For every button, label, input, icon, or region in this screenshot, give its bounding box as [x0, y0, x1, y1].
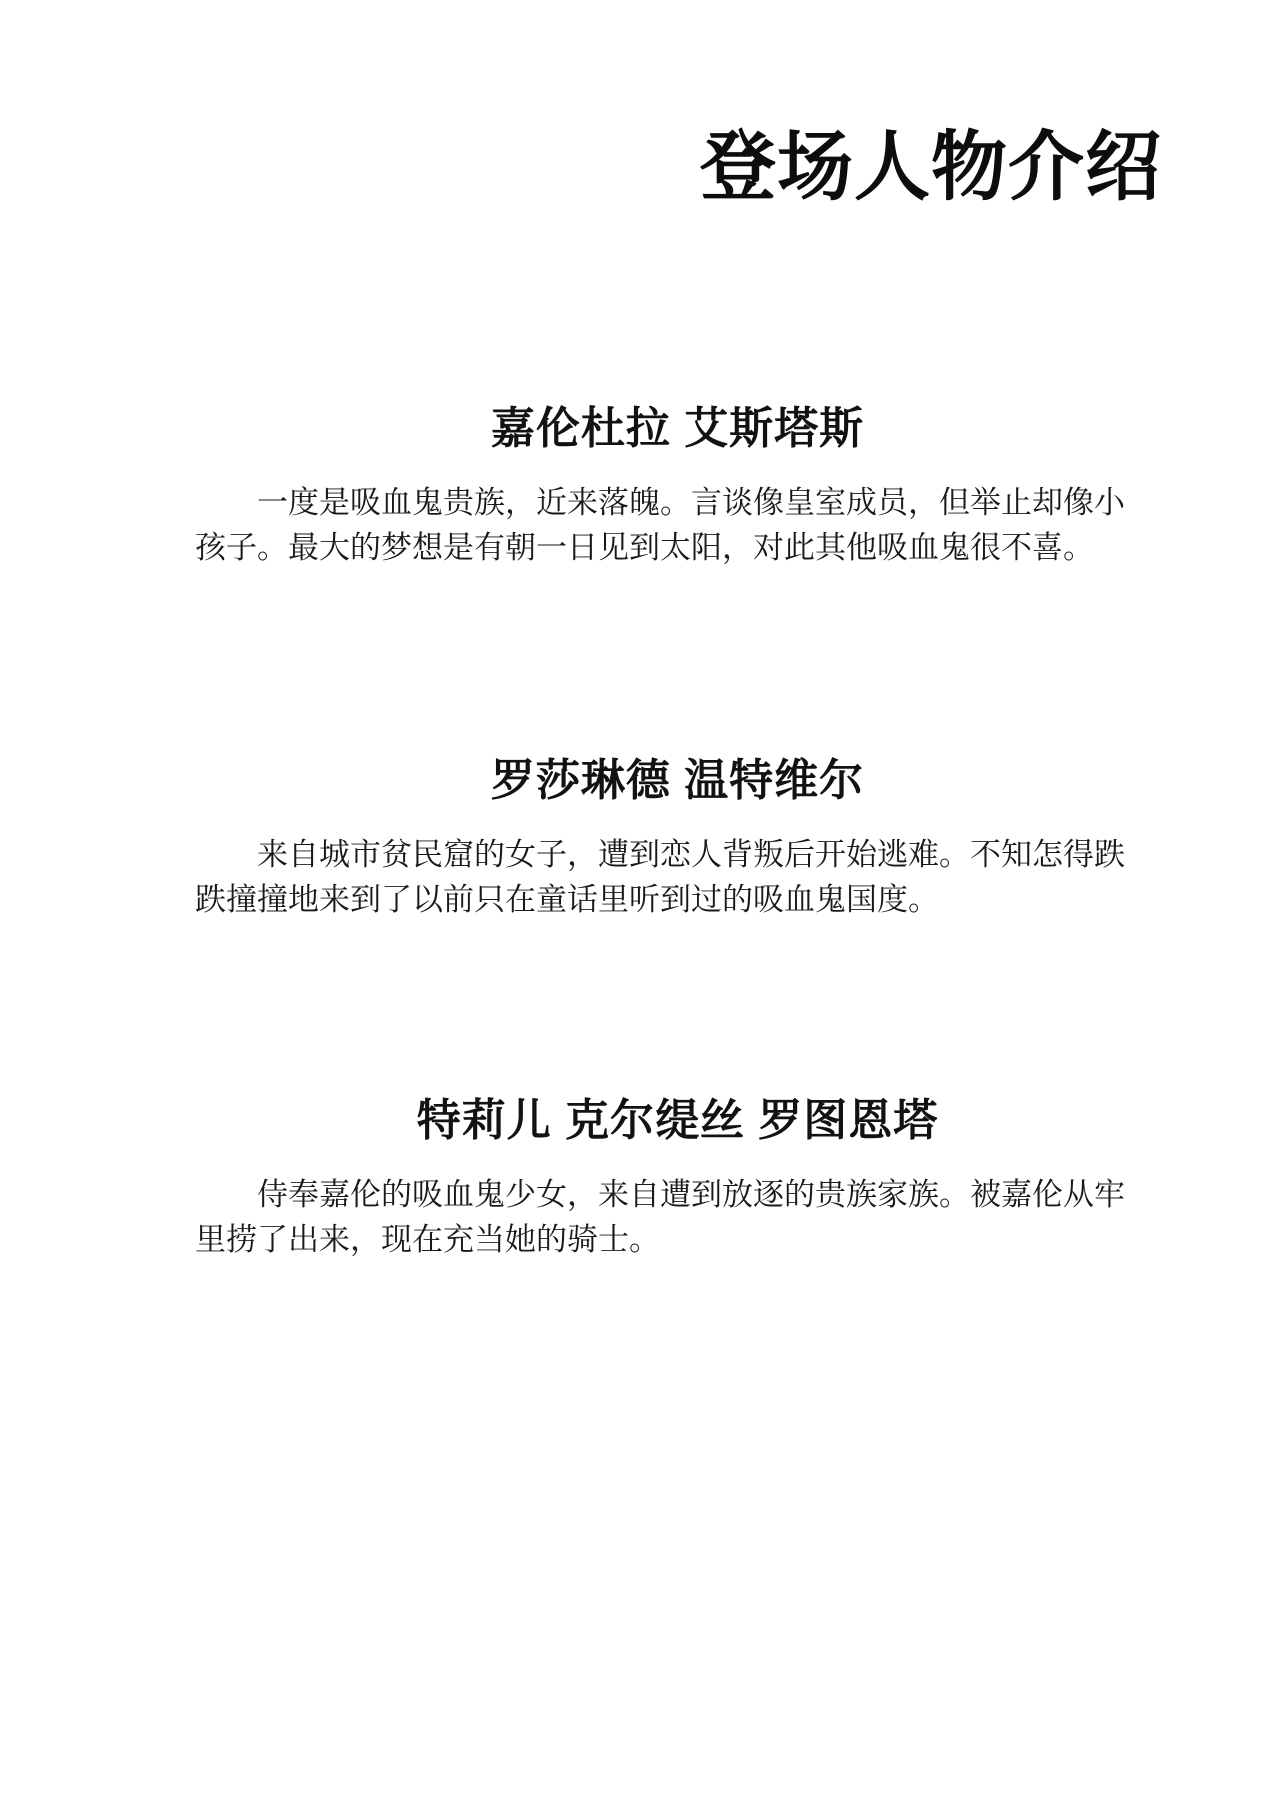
- character-description: 侍奉嘉伦的吸血鬼少女，来自遭到放逐的贵族家族。被嘉伦从牢里捞了出来，现在充当她的…: [195, 1172, 1125, 1262]
- character-description: 来自城市贫民窟的女子，遭到恋人背叛后开始逃难。不知怎得跌跌撞撞地来到了以前只在童…: [195, 832, 1125, 922]
- character-section: 嘉伦杜拉 艾斯塔斯 一度是吸血鬼贵族，近来落魄。言谈像皇室成员，但举止却像小孩子…: [195, 400, 1160, 570]
- document-page: 登场人物介绍 嘉伦杜拉 艾斯塔斯 一度是吸血鬼贵族，近来落魄。言谈像皇室成员，但…: [0, 0, 1280, 1816]
- character-description: 一度是吸血鬼贵族，近来落魄。言谈像皇室成员，但举止却像小孩子。最大的梦想是有朝一…: [195, 480, 1125, 570]
- character-name: 特莉儿 克尔缇丝 罗图恩塔: [195, 1092, 1160, 1149]
- page-title: 登场人物介绍: [700, 126, 1162, 210]
- character-section: 特莉儿 克尔缇丝 罗图恩塔 侍奉嘉伦的吸血鬼少女，来自遭到放逐的贵族家族。被嘉伦…: [195, 1092, 1160, 1262]
- character-name: 嘉伦杜拉 艾斯塔斯: [195, 400, 1160, 457]
- character-name: 罗莎琳德 温特维尔: [195, 752, 1160, 809]
- character-section: 罗莎琳德 温特维尔 来自城市贫民窟的女子，遭到恋人背叛后开始逃难。不知怎得跌跌撞…: [195, 752, 1160, 922]
